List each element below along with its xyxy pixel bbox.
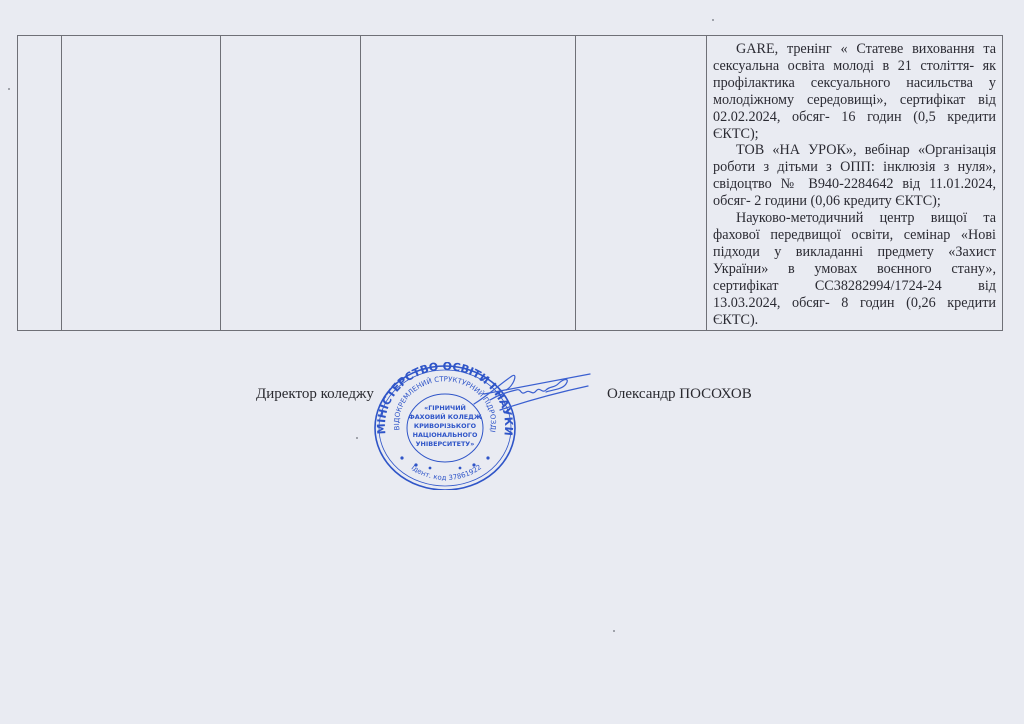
table-cell-position <box>221 36 361 331</box>
qualification-paragraph: ТОВ «НА УРОК», вебінар «Організація робо… <box>713 142 996 210</box>
svg-text:Ідент. код 37861922: Ідент. код 37861922 <box>410 463 483 482</box>
table-cell-name <box>62 36 221 331</box>
scan-speck <box>613 630 615 632</box>
qualification-paragraph: Науково-методичний центр вищої та фахово… <box>713 210 996 328</box>
scan-speck <box>712 19 714 21</box>
qualification-text: GARE, тренінг « Статеве виховання та сек… <box>707 36 1002 330</box>
table-cell-education <box>361 36 576 331</box>
scan-speck <box>356 437 358 439</box>
document-table: GARE, тренінг « Статеве виховання та сек… <box>17 35 1003 331</box>
svg-text:«ГІРНИЧИЙ: «ГІРНИЧИЙ <box>424 403 466 412</box>
scan-speck <box>8 88 10 90</box>
signer-title: Директор коледжу <box>256 386 374 403</box>
qualification-paragraph: GARE, тренінг « Статеве виховання та сек… <box>713 41 996 142</box>
table-cell-number <box>18 36 62 331</box>
svg-text:КРИВОРІЗЬКОГО: КРИВОРІЗЬКОГО <box>414 422 477 430</box>
table-row: GARE, тренінг « Статеве виховання та сек… <box>18 36 1003 331</box>
signer-name: Олександр ПОСОХОВ <box>607 386 752 403</box>
table-cell-qualification: GARE, тренінг « Статеве виховання та сек… <box>707 36 1003 331</box>
handwritten-signature-icon <box>470 364 595 416</box>
svg-text:УНІВЕРСИТЕТУ»: УНІВЕРСИТЕТУ» <box>416 440 475 448</box>
table-cell-experience <box>576 36 707 331</box>
svg-text:НАЦІОНАЛЬНОГО: НАЦІОНАЛЬНОГО <box>413 431 478 439</box>
